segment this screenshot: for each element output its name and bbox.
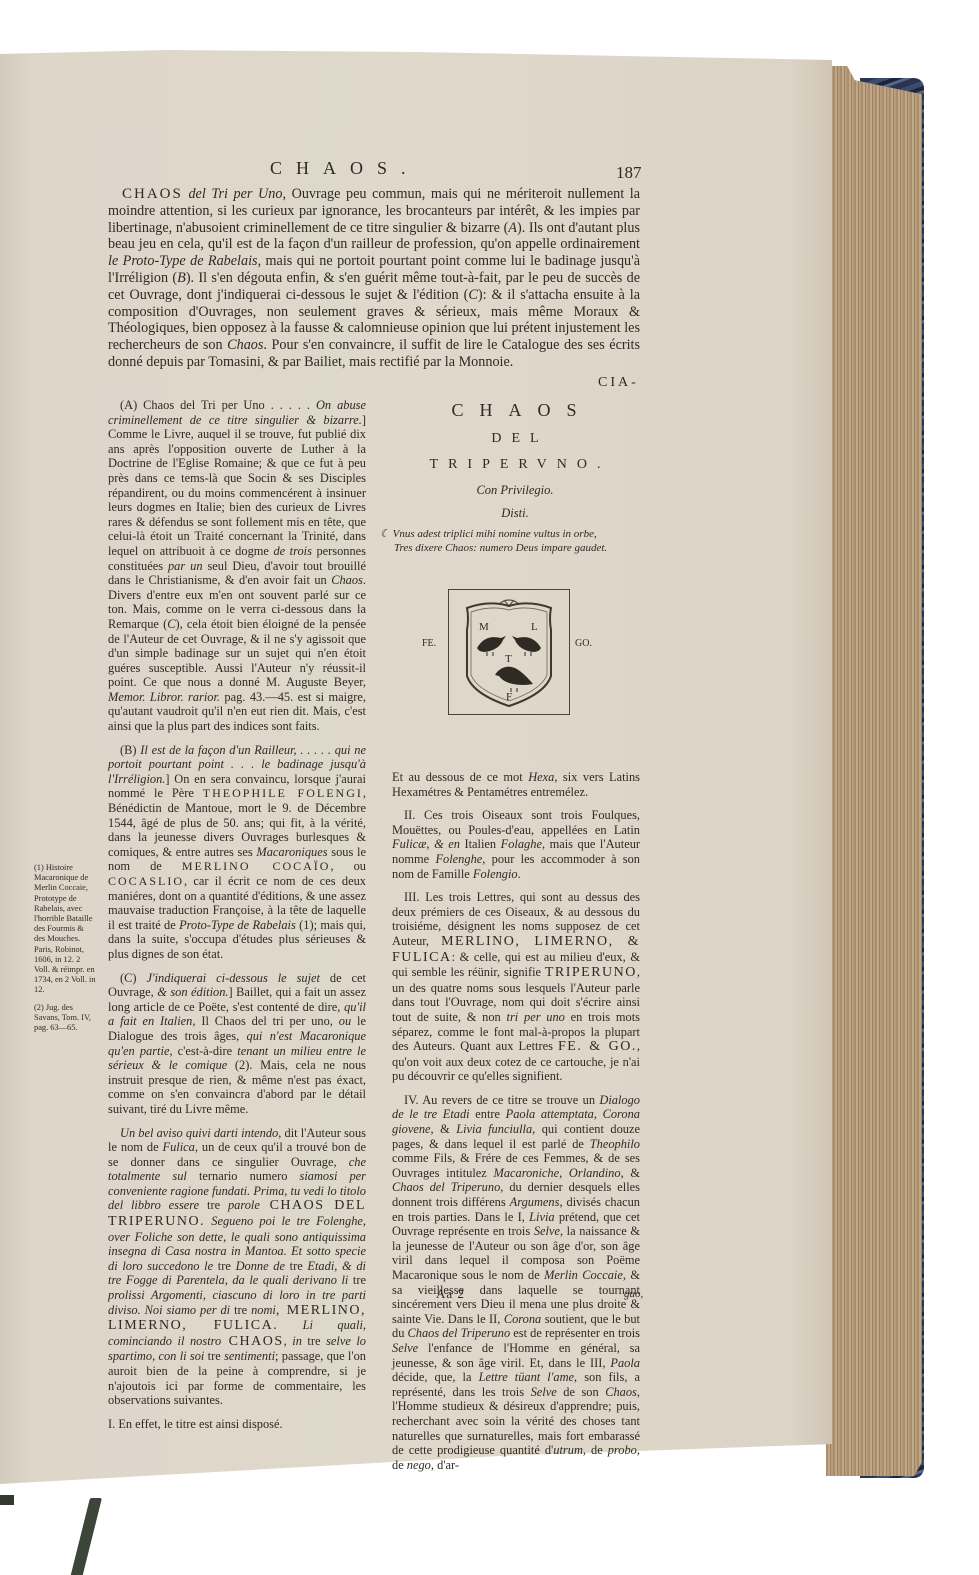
text: tre (302, 1334, 326, 1348)
emblem-label-left: FE. (422, 638, 436, 649)
heraldic-emblem: M L T F (448, 589, 570, 715)
text: , (594, 1107, 603, 1121)
entry-headword: CHAOS (122, 186, 183, 202)
text: Chaos del Tri per Uno . . . . . (137, 398, 316, 412)
italic-text: tri per uno (507, 1010, 565, 1024)
italic-text: Orlandino (569, 1166, 621, 1180)
italic-text: , in (284, 1334, 302, 1348)
italic-text: Merlin Coccaie (544, 1268, 623, 1282)
italic-text: Donne de (236, 1259, 285, 1273)
margin-note-1: (1) Histoire Macaronique de Merlin Cocca… (34, 863, 96, 996)
italic-title: del Tri per Uno (188, 186, 282, 202)
italic-text: ou (339, 1014, 351, 1028)
caps-text: FE. & GO. (558, 1039, 637, 1054)
text: , de (583, 1443, 608, 1457)
italic-text: Selve (392, 1341, 418, 1355)
italic-text: Chaos (227, 337, 263, 353)
signature-mark: Aa 2 (436, 1286, 465, 1302)
italic-text: Argumens (510, 1195, 560, 1209)
caps-text: TRIPERUNO (545, 965, 637, 980)
text: IV. Au revers de ce titre se trouve un (404, 1093, 599, 1107)
title-disposition-line: I. En effet, le titre est ainsi disposé. (108, 1417, 366, 1432)
margin-note-2: (2) Jug. des Savans, Tom. IV, pag. 63—65… (34, 1003, 96, 1034)
bookmark-ribbon[interactable] (70, 1498, 102, 1575)
text: ] Comme le Livre, auquel il se trouve, f… (108, 413, 366, 558)
remark-a: (A) Chaos del Tri per Uno . . . . . On a… (108, 398, 366, 734)
right-paragraph-4: IV. Au revers de ce titre se trouve un D… (392, 1093, 640, 1472)
italic-text: Selve (531, 1385, 557, 1399)
italic-text: Folenghe (435, 852, 482, 866)
text: tre (213, 1259, 235, 1273)
italic-text: Theophilo (590, 1137, 640, 1151)
text: , c'est-à-dire (169, 1044, 237, 1058)
italic-text: Fulica (163, 1140, 195, 1154)
column-catchword: CIA- (598, 375, 639, 391)
italic-text: Chaos (331, 573, 363, 587)
text: est de représenter en trois (510, 1326, 640, 1340)
shield-with-birds-icon: M L T F (449, 590, 569, 714)
small-caps-name: COCASLIO (108, 874, 184, 888)
italic-text: Livia (529, 1210, 554, 1224)
right-column: Et au dessous de ce mot Hexa, six vers L… (392, 770, 640, 1481)
italic-text: Lettre tüant l'ame (479, 1370, 574, 1384)
catchword: guo, (624, 1288, 643, 1300)
italic-text: & son édition. (157, 985, 228, 999)
italic-text: Macaroniques (256, 845, 327, 859)
text: ternario numero (187, 1169, 300, 1183)
verse-line-1: ☾ Vnus adest triplici mihi nomine vultus… (380, 527, 650, 541)
italic-text: utrum (553, 1443, 583, 1457)
svg-text:L: L (531, 621, 538, 633)
italic-text: Livia funciulla (456, 1122, 532, 1136)
facsimile-verse: ☾ Vnus adest triplici mihi nomine vultus… (380, 527, 650, 555)
text: , Il Chaos del tri per uno, (192, 1014, 338, 1028)
facsimile-title-chaos: CHAOS (394, 400, 650, 421)
text: de son (557, 1385, 605, 1399)
text: décide, que, la (392, 1370, 479, 1384)
text: tre (348, 1273, 366, 1287)
italic-text: Paola (610, 1356, 640, 1370)
remark-b: (B) Il est de la façon d'un Railleur, . … (108, 743, 366, 962)
remark-ref-b[interactable]: B (177, 270, 186, 286)
italic-text: par un (168, 559, 203, 573)
italic-text: Memor. Libror. rarior. (108, 690, 220, 704)
right-paragraph-3: III. Les trois Lettres, qui sont au dess… (392, 890, 640, 1084)
italic-text: J'indiquerai ci-dessous le sujet (137, 971, 320, 985)
text: tre (204, 1349, 224, 1363)
intro-paragraph: CHAOS del Tri per Uno, Ouvrage peu commu… (108, 186, 640, 371)
italic-text: Chaos del Triperuno (392, 1180, 500, 1194)
italic-text: sentimenti (224, 1349, 275, 1363)
italic-text: Fulicæ (392, 837, 426, 851)
italic-text: Proto-Type de Rabelais (179, 918, 296, 932)
emblem-label-right: GO. (575, 638, 592, 649)
remark-c: (C) J'indiquerai ci-dessous le sujet de … (108, 971, 366, 1117)
italic-text: nomi (251, 1303, 276, 1317)
title-page-facsimile: CHAOS DEL TRIPERVNO. Con Privilegio. Dis… (380, 400, 650, 555)
text: . (518, 867, 521, 881)
verse-line-2: Tres dixere Chaos: numero Deus impare ga… (380, 541, 650, 555)
text: Italien (460, 837, 501, 851)
page-number: 187 (616, 163, 642, 183)
svg-text:F: F (506, 691, 512, 703)
italic-text: Hexa (528, 770, 554, 784)
facsimile-disti: Disti. (380, 506, 650, 521)
margin-notes: (1) Histoire Macaronique de Merlin Cocca… (34, 863, 96, 1040)
left-column: (A) Chaos del Tri per Uno . . . . . On a… (108, 398, 366, 1440)
italic-text: Chaos del Triperuno (408, 1326, 511, 1340)
text: , (426, 837, 434, 851)
small-caps-name: MERLINO COCAÏO (182, 859, 331, 873)
text: Et au dessous de ce mot (392, 770, 528, 784)
svg-text:T: T (505, 653, 512, 665)
italic-text: probo (608, 1443, 637, 1457)
text: II. Ces trois Oiseaux sont trois Foulque… (392, 808, 640, 837)
page-content: CHAOS. 187 CHAOS del Tri per Uno, Ouvrag… (0, 0, 832, 1500)
caps-text: CHAOS (221, 1334, 283, 1349)
text: , (559, 1166, 569, 1180)
running-head: CHAOS. (270, 158, 420, 179)
text: tre (199, 1198, 228, 1212)
text: , & (431, 1122, 457, 1136)
text: , ou (330, 859, 366, 873)
remark-label: (C) (120, 971, 137, 985)
text: , & (621, 1166, 640, 1180)
italic-text: parole (228, 1198, 260, 1212)
remark-label: (A) (120, 398, 137, 412)
remark-ref-a[interactable]: A (508, 220, 517, 236)
facsimile-privilege: Con Privilegio. (380, 483, 650, 498)
italic-text: Macaroniche (494, 1166, 560, 1180)
text: tre (230, 1303, 251, 1317)
text: tre (285, 1259, 307, 1273)
right-paragraph-2: II. Ces trois Oiseaux sont trois Foulque… (392, 808, 640, 881)
svg-text:M: M (479, 621, 489, 633)
italic-text: le Proto-Type de Rabelais (108, 253, 258, 269)
italic-text: Selve (534, 1224, 560, 1238)
remark-ref-c[interactable]: C (468, 287, 477, 303)
italic-text: Corona (504, 1312, 541, 1326)
italic-text: Chaos (605, 1385, 637, 1399)
italic-text: de trois (273, 544, 311, 558)
quote-paragraph: Un bel aviso quivi darti intendo, dit l'… (108, 1126, 366, 1408)
italic-text: Folaghe (501, 837, 542, 851)
italic-text: & en (434, 837, 460, 851)
right-paragraph-1: Et au dessous de ce mot Hexa, six vers L… (392, 770, 640, 799)
text: entre (470, 1107, 506, 1121)
italic-text: Paola attemptata (506, 1107, 594, 1121)
small-caps-name: THEOPHILE FOLENGI (203, 786, 363, 800)
facsimile-title-del: DEL (390, 431, 650, 447)
text: , d'ar- (431, 1458, 459, 1472)
facsimile-title-triperuno: TRIPERVNO. (390, 457, 650, 473)
text: l'enfance de l'Homme en général, sa jeun… (392, 1341, 640, 1370)
page-edges (826, 66, 922, 1476)
remark-label: (B) (120, 743, 137, 757)
italic-text: Folengio (473, 867, 518, 881)
italic-text: Un bel aviso quivi darti intendo (120, 1126, 278, 1140)
italic-text: nego (407, 1458, 431, 1472)
